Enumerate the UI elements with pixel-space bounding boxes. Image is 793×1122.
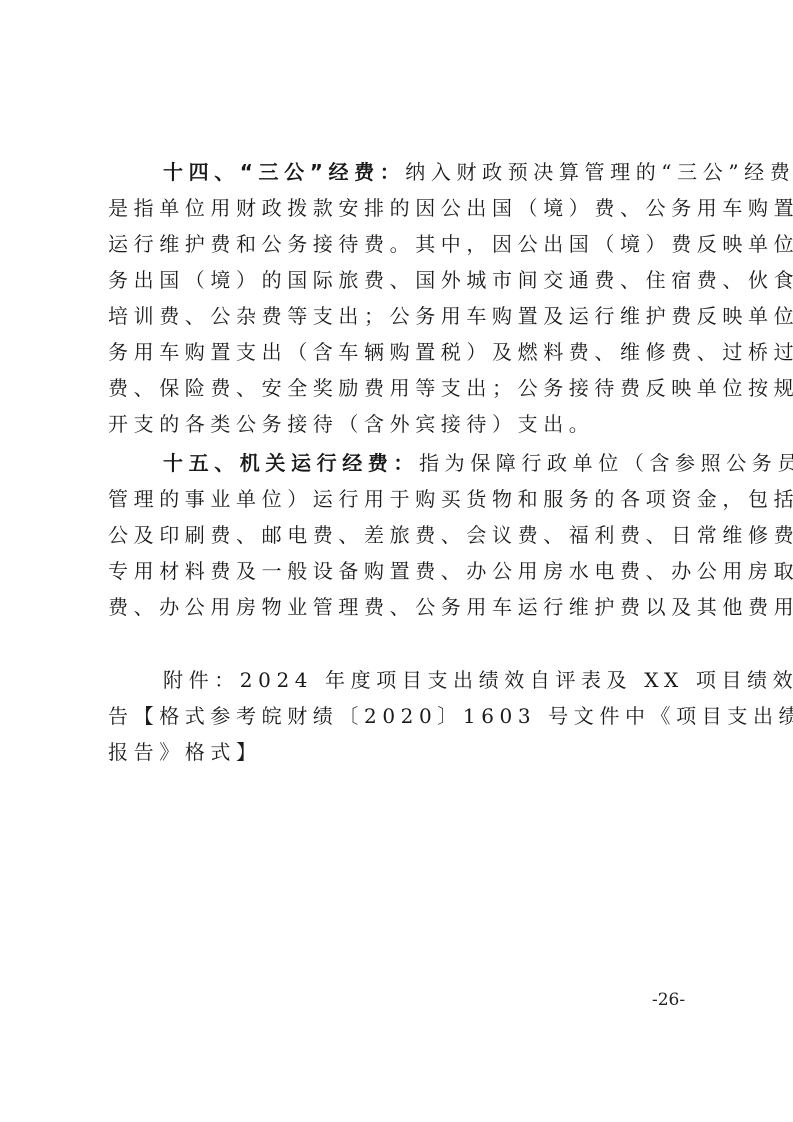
paragraph-line: 十五、机关运行经费：指为保障行政单位（含参照公务员法 xyxy=(108,445,793,481)
paragraph-line: 报告》格式】 xyxy=(108,734,793,770)
paragraph-line: 十四、“三公”经费：纳入财政预决算管理的“三公”经费， xyxy=(108,154,793,190)
paragraph-line: 费、办公用房物业管理费、公务用车运行维护费以及其他费用。 xyxy=(108,589,793,625)
attachment-note: 附件：2024 年度项目支出绩效自评表及 XX 项目绩效评价报 告【格式参考皖财… xyxy=(108,662,793,770)
section-heading: 十五、机关运行经费： xyxy=(163,451,419,475)
paragraph-line: 公及印刷费、邮电费、差旅费、会议费、福利费、日常维修费、 xyxy=(108,517,793,553)
page-number: -26- xyxy=(652,990,685,1010)
paragraph-line: 开支的各类公务接待（含外宾接待）支出。 xyxy=(108,406,793,442)
paragraph-line: 专用材料费及一般设备购置费、办公用房水电费、办公用房取暖 xyxy=(108,553,793,589)
paragraph-line: 告【格式参考皖财绩〔2020〕1603 号文件中《项目支出绩效评价 xyxy=(108,698,793,734)
paragraph-line: 务出国（境）的国际旅费、国外城市间交通费、住宿费、伙食费、 xyxy=(108,262,793,298)
paragraph-line: 费、保险费、安全奖励费用等支出；公务接待费反映单位按规定 xyxy=(108,370,793,406)
paragraph-line: 管理的事业单位）运行用于购买货物和服务的各项资金，包括办 xyxy=(108,481,793,517)
paragraph-line: 运行维护费和公务接待费。其中，因公出国（境）费反映单位公 xyxy=(108,226,793,262)
paragraph-line: 培训费、公杂费等支出；公务用车购置及运行维护费反映单位公 xyxy=(108,298,793,334)
paragraph-line: 附件：2024 年度项目支出绩效自评表及 XX 项目绩效评价报 xyxy=(108,662,793,698)
section-heading: 十四、“三公”经费： xyxy=(163,160,405,184)
paragraph-line: 务用车购置支出（含车辆购置税）及燃料费、维修费、过桥过路 xyxy=(108,334,793,370)
section-fourteen: 十四、“三公”经费：纳入财政预决算管理的“三公”经费， 是指单位用财政拨款安排的… xyxy=(108,154,793,442)
paragraph-line: 是指单位用财政拨款安排的因公出国（境）费、公务用车购置及 xyxy=(108,190,793,226)
section-fifteen: 十五、机关运行经费：指为保障行政单位（含参照公务员法 管理的事业单位）运行用于购… xyxy=(108,445,793,625)
